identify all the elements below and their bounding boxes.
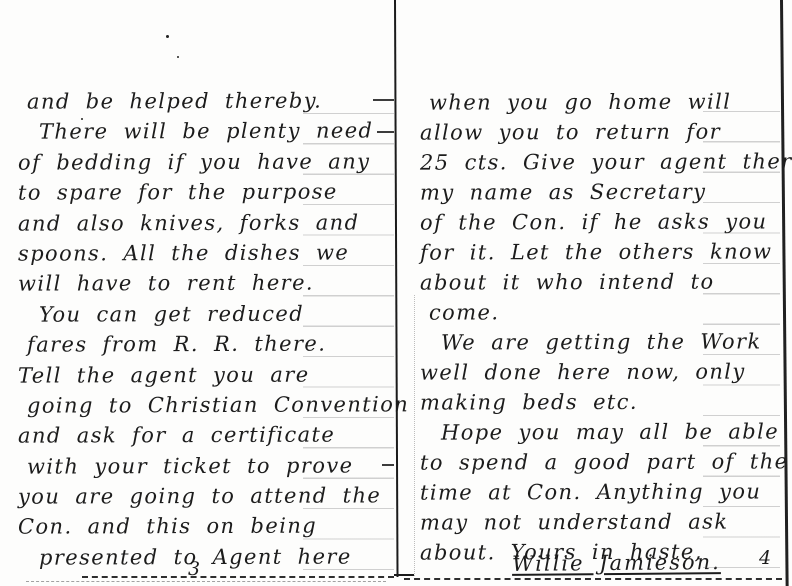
- ink-dot: [177, 56, 179, 58]
- ink-dot: [81, 118, 83, 120]
- ruled-line-tick: [377, 131, 394, 133]
- ruled-lines-right-page: [703, 82, 780, 579]
- ink-dot: [166, 35, 169, 38]
- bottom-edge-dashes: [82, 576, 394, 578]
- bottom-edge-dashes: [26, 581, 386, 582]
- bottom-edge-dashes: [404, 578, 782, 580]
- ruled-lines-left-page: [303, 84, 394, 578]
- signature-willie-jamieson: Willie Jamieson.: [512, 550, 721, 576]
- margin-rule-line: [414, 295, 415, 576]
- letter-scan: and be helped thereby. There will be ple…: [0, 0, 792, 586]
- page-fold-line: [394, 0, 399, 577]
- page-edge-line: [780, 0, 788, 586]
- ruled-line-tick: [382, 464, 394, 466]
- page-fold-line-foot: [394, 574, 414, 576]
- ruled-line-tick: [373, 99, 394, 101]
